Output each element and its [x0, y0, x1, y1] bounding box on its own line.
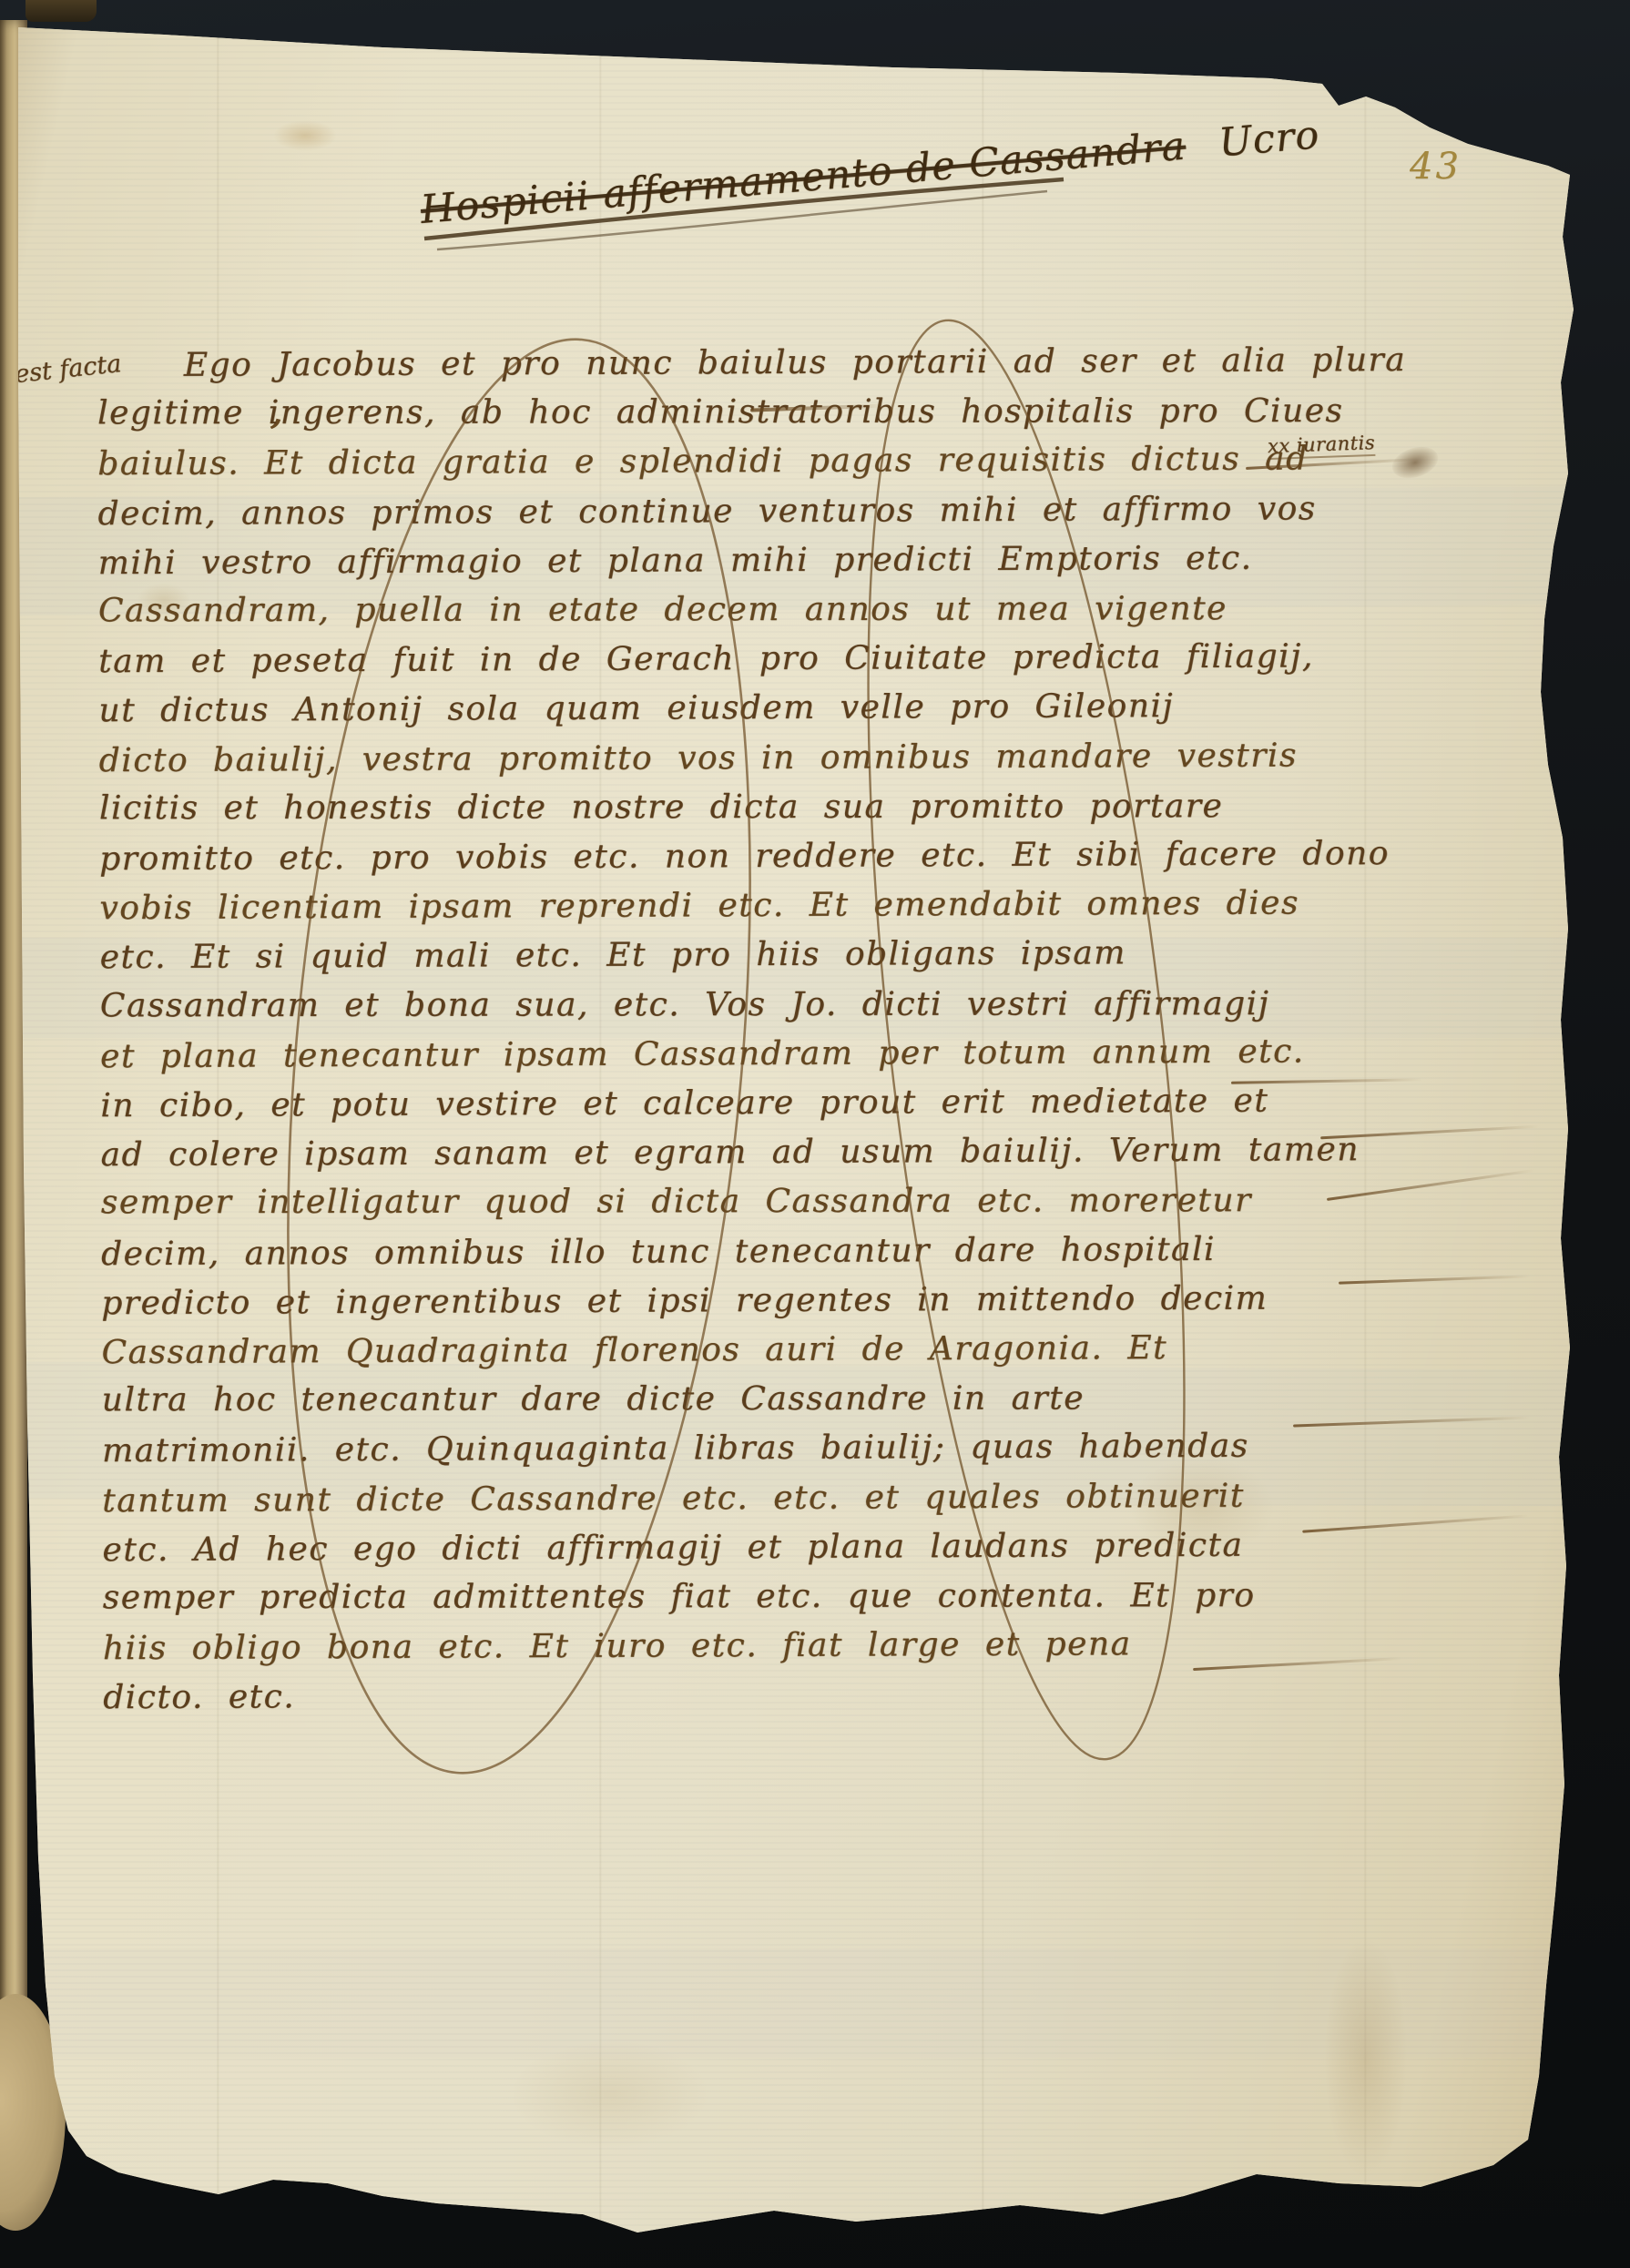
- text-line: tantum sunt dicte Cassandre etc. etc. et…: [102, 1471, 1421, 1527]
- text-line: et plana tenecantur ipsam Cassandram per…: [100, 1027, 1419, 1083]
- text-line: decim, annos primos et continue venturos…: [97, 483, 1416, 539]
- text-line: licitis et honestis dicte nostre dicta s…: [99, 782, 1418, 834]
- text-line: Cassandram et bona sua, etc. Vos Jo. dic…: [100, 979, 1419, 1031]
- text-line: ad colere ipsam sanam et egram ad usum b…: [100, 1125, 1419, 1181]
- text-line: tam et peseta fuit in de Gerach pro Ciui…: [98, 632, 1417, 687]
- entry-text: Ego Jacobus et pro nunc baiulus portarii…: [97, 336, 1422, 1724]
- text-line: ultra hoc tenecantur dare dicte Cassandr…: [102, 1374, 1421, 1426]
- text-line: dicto. etc.: [103, 1668, 1421, 1724]
- text-line: semper intelligatur quod si dicta Cassan…: [101, 1176, 1420, 1228]
- paper-stain: [273, 120, 337, 151]
- paper-stain: [510, 2039, 710, 2149]
- folio-number: 43: [1410, 146, 1462, 188]
- text-line: dicto baiulij, vestra promitto vos in om…: [99, 730, 1418, 786]
- text-line: Ego Jacobus et pro nunc baiulus portarii…: [97, 336, 1416, 392]
- binding-remnant: [25, 0, 97, 22]
- text-line: baiulus. Et dicta gratia e splendidi pag…: [97, 434, 1416, 490]
- text-line: decim, annos omnibus illo tunc tenecantu…: [101, 1224, 1420, 1279]
- text-line: etc. Et si quid mali etc. Et pro hiis ob…: [100, 928, 1419, 983]
- photo-background: Hospicii affermamento de Cassandra Ucro …: [0, 0, 1630, 2268]
- text-line: ut dictus Antonij sola quam eiusdem vell…: [98, 681, 1417, 737]
- text-line: mihi vestro affirmagio et plana mihi pre…: [98, 534, 1417, 589]
- text-line: Cassandram, puella in etate decem annos …: [98, 585, 1417, 636]
- text-line: legitime ingerens, ab hoc administratori…: [97, 387, 1416, 439]
- paper-stain: [1325, 1939, 1407, 2176]
- manuscript-page: Hospicii affermamento de Cassandra Ucro …: [0, 0, 1630, 2268]
- text-line: in cibo, et potu vestire et calceare pro…: [100, 1076, 1419, 1132]
- text-line: matrimonii. etc. Quinquaginta libras bai…: [102, 1421, 1421, 1477]
- heading-suffix: Ucro: [1217, 112, 1321, 166]
- text-line: vobis licentiam ipsam reprendi etc. Et e…: [99, 879, 1418, 934]
- paper-stain: [1468, 78, 1510, 104]
- text-line: promitto etc. pro vobis etc. non reddere…: [99, 829, 1418, 885]
- text-line: predicto et ingerentibus et ipsi regente…: [101, 1274, 1420, 1329]
- text-line: etc. Ad hec ego dicti affirmagij et plan…: [102, 1520, 1421, 1576]
- text-line: semper predicta admittentes fiat etc. qu…: [103, 1571, 1421, 1623]
- text-line: Cassandram Quadraginta florenos auri de …: [101, 1323, 1420, 1378]
